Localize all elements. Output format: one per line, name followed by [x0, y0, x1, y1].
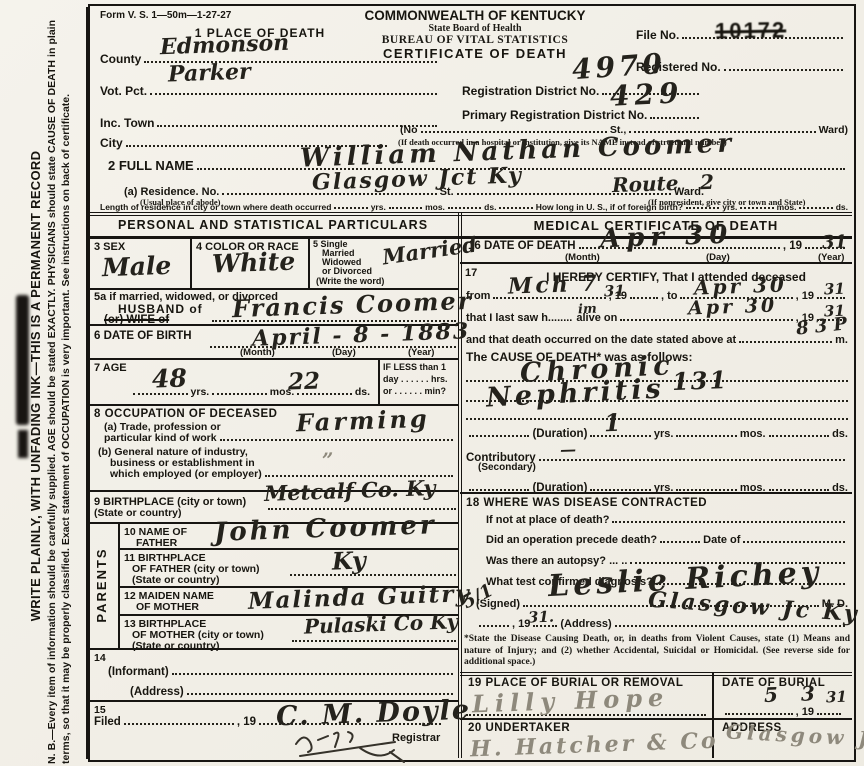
duration-yrs-1: yrs.: [654, 428, 674, 440]
mos-label-2: mos.: [777, 202, 797, 212]
duration-ds-1: ds.: [832, 428, 848, 440]
from-year-value: 31: [604, 282, 625, 301]
dotted-line: [479, 623, 509, 627]
dotted-line: [676, 487, 736, 491]
ifless-label-3: or . . . . . . min?: [383, 386, 446, 396]
to-year-prefix: , 19: [796, 290, 814, 302]
certify-number: 17: [465, 267, 477, 279]
dotted-line: [612, 519, 845, 523]
where-contracted-label: 18 WHERE WAS DISEASE CONTRACTED: [466, 497, 707, 509]
cause-code-value: 131: [672, 365, 729, 396]
duration-value: 1: [603, 408, 621, 438]
registered-no-row: Registered No.: [636, 60, 846, 74]
filed-year-prefix: , 19: [237, 716, 256, 728]
dotted-line: [187, 691, 453, 695]
dotted-line: [212, 391, 267, 395]
mother-bp-line: [292, 638, 456, 642]
birthplace-sub: (State or country): [94, 507, 182, 519]
cause-footnote: *State the Disease Causing Death, or, in…: [464, 634, 850, 669]
dotted-line: [769, 487, 829, 491]
dotted-line: [799, 205, 832, 209]
margin-write-plainly: WRITE PLAINLY, WITH UNFADING INK—THIS IS…: [28, 10, 43, 762]
city-label: City: [100, 136, 123, 150]
row-line: [460, 262, 852, 264]
binding-stamp-smudge-2: [18, 430, 28, 458]
age-yrs-label: yrs.: [191, 386, 210, 398]
dotted-line: [724, 67, 843, 71]
ifless-label-1: IF LESS than 1: [383, 362, 446, 372]
file-no-value: 10172: [715, 17, 787, 44]
vot-pct-value: Parker: [168, 59, 251, 88]
us-length-label: How long in U. S., if of foreign birth?: [536, 202, 683, 212]
alive-value: Apr 30: [688, 294, 778, 319]
county-label: County: [100, 52, 141, 66]
cause-line-3: [466, 416, 848, 420]
dotted-line: [686, 205, 719, 209]
file-no-label: File No.: [636, 28, 679, 42]
undertaker-label: 20 UNDERTAKER: [468, 722, 570, 734]
filed-label: Filed: [94, 716, 121, 728]
informant-label: (Informant): [108, 666, 169, 678]
ds-label-2: ds.: [836, 202, 848, 212]
cell-divider: [308, 236, 310, 288]
dob-year-label: (Year): [408, 347, 434, 358]
father-bp-label-3: (State or country): [132, 574, 220, 586]
death-certificate-scan: WRITE PLAINLY, WITH UNFADING INK—THIS IS…: [0, 0, 864, 766]
sex-label: 3 SEX: [94, 241, 125, 253]
contributory-dash: —: [560, 440, 577, 460]
row-line: [460, 492, 852, 494]
father-bp-value: Ky: [332, 545, 367, 575]
occ-a-row: particular kind of work: [104, 432, 456, 444]
reg-district-label: Registration District No.: [462, 84, 599, 98]
inc-town-row: Inc. Town: [100, 116, 440, 130]
date-of-death-label: 16 DATE OF DEATH: [468, 240, 576, 252]
dotted-line: [590, 487, 650, 491]
secondary-label: (Secondary): [478, 462, 536, 473]
marital-label-4: or Divorced: [322, 266, 372, 276]
city-ward-label: Ward): [819, 124, 848, 136]
primary-reg-value: 429: [609, 76, 684, 113]
primary-reg-row: Primary Registration District No.: [462, 108, 702, 122]
bureau-title: BUREAU OF VITAL STATISTICS: [330, 34, 620, 46]
if-not-row: If not at place of death?: [486, 514, 848, 526]
occ-b-value: ”: [322, 448, 334, 472]
age-label: 7 AGE: [94, 362, 127, 374]
marital-label-5: (Write the word): [316, 276, 384, 286]
dotted-line: [769, 433, 829, 437]
dotted-line: [124, 721, 234, 725]
date-of-label: Date of: [703, 534, 740, 546]
occupation-label: 8 OCCUPATION OF DECEASED: [94, 408, 277, 420]
duration-mos-1: mos.: [740, 428, 766, 440]
full-name-label: 2 FULL NAME: [108, 158, 194, 173]
commonwealth-title: COMMONWEALTH OF KENTUCKY: [330, 8, 620, 23]
occ-a-value: Farming: [296, 404, 431, 438]
form-number: Form V. S. 1—50m—1-27-27: [100, 10, 231, 21]
dotted-line: [499, 205, 532, 209]
dotted-line: [150, 91, 437, 95]
date-of-death-value: Apr 30: [600, 220, 734, 255]
age-ds-label: ds.: [355, 386, 370, 398]
dotted-line: [157, 123, 437, 127]
dotted-line: [334, 205, 367, 209]
vot-pct-row: Vot. Pct.: [100, 84, 440, 98]
from-value: Mch 7: [508, 270, 601, 299]
dob-label: 6 DATE OF BIRTH: [94, 330, 192, 342]
burial-divider: [460, 672, 852, 676]
mos-label: mos.: [425, 202, 445, 212]
dotted-line: [740, 205, 773, 209]
dotted-line: [817, 711, 841, 715]
burial-year-prefix: , 19: [796, 706, 814, 718]
cell-divider: [190, 236, 192, 288]
last-saw-label: that I last saw h........: [466, 312, 572, 324]
margin-nb-note: N. B.—Every item of information should b…: [46, 20, 73, 764]
dotted-line: [421, 129, 607, 133]
county-value: Edmonson: [160, 30, 290, 60]
row-line: [118, 548, 458, 550]
dod-year-prefix: , 19: [783, 240, 802, 252]
dotted-line: [725, 711, 793, 715]
duration-label-1: (Duration): [532, 428, 587, 440]
vot-pct-label: Vot. Pct.: [100, 84, 147, 98]
filed-number: 15: [94, 704, 106, 716]
informant-row: (Informant): [108, 666, 456, 678]
dotted-line: [630, 295, 658, 299]
dod-year-value: 31: [822, 232, 848, 254]
last-saw-hw: im: [578, 302, 597, 318]
mother-name-label-2: OF MOTHER: [136, 601, 199, 613]
mother-bp-label-3: (State or country): [132, 640, 220, 652]
dotted-line: [739, 339, 832, 343]
dotted-line: [469, 487, 529, 491]
dotted-line: [650, 115, 699, 119]
inc-town-label: Inc. Town: [100, 116, 154, 130]
yrs-label: yrs.: [371, 202, 386, 212]
board-title: State Board of Health: [330, 23, 620, 34]
sex-value: Male: [102, 251, 172, 282]
ifless-label-2: day . . . . . . hrs.: [383, 374, 448, 384]
dotted-line: [539, 457, 845, 461]
dotted-line: [660, 539, 700, 543]
registrar-date-scribble: [290, 726, 420, 766]
if-not-label: If not at place of death?: [486, 514, 609, 526]
parents-label: PARENTS: [94, 522, 109, 648]
burial-date-row: , 19: [722, 706, 844, 718]
residence-route-value: Route: [612, 171, 679, 197]
yrs-label-2: yrs.: [722, 202, 737, 212]
undertaker-divider: [460, 718, 852, 720]
burial-date-value: 5 3: [764, 681, 824, 707]
dotted-line: [676, 433, 736, 437]
color-value: White: [212, 247, 296, 279]
operation-label: Did an operation precede death?: [486, 534, 657, 546]
length-label: Length of residence in city or town wher…: [100, 202, 331, 212]
personal-title: PERSONAL AND STATISTICAL PARTICULARS: [88, 218, 458, 232]
duration-row-1: (Duration) yrs. mos. ds.: [466, 428, 848, 440]
sign-year-value: 31.: [528, 608, 555, 627]
section-divider: [88, 212, 852, 216]
length-residence-row: Length of residence in city or town wher…: [100, 202, 848, 212]
dotted-line: [220, 437, 453, 441]
age-days-value: 22: [288, 367, 321, 395]
death-occurred-row: and that death occurred on the date stat…: [466, 334, 848, 346]
occurred-m-label: m.: [835, 334, 848, 346]
father-bp-line: [290, 572, 456, 576]
city-no-label: (No: [400, 124, 418, 136]
dotted-line: [389, 205, 422, 209]
to-year-value: 31: [824, 280, 845, 299]
occ-b-label-3: which employed (or employer): [110, 468, 262, 480]
informant-address-label: (Address): [130, 686, 184, 698]
age-years-value: 48: [152, 363, 188, 393]
dotted-line: [448, 205, 481, 209]
operation-row: Did an operation precede death? Date of: [486, 534, 848, 546]
sign-address-label: (Address): [560, 618, 611, 630]
informant-number: 14: [94, 652, 106, 664]
cell-divider: [378, 358, 380, 404]
last-saw-row: that I last saw h........ alive on , 19: [466, 312, 848, 324]
row-line: [88, 358, 458, 360]
occurred-label: and that death occurred on the date stat…: [466, 334, 736, 346]
ds-label: ds.: [484, 202, 496, 212]
burial-year-value: 31: [826, 688, 847, 707]
dotted-line: [743, 539, 845, 543]
row-line: [88, 648, 458, 650]
dotted-line: [469, 433, 529, 437]
residence-ward-value: 2: [700, 170, 715, 194]
occ-a-label-2: particular kind of work: [104, 432, 217, 444]
to-label: , to: [661, 290, 678, 302]
dotted-line: [172, 671, 453, 675]
